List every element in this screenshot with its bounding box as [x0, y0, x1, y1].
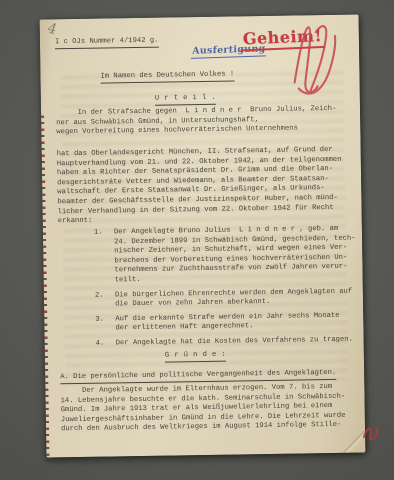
heading-urteil: U r t e i l .: [155, 94, 216, 106]
section-a-heading-text: A. Die persönliche und politische Vergan…: [60, 369, 336, 384]
verdict-item-text: Der Angeklagte hat die Kosten des Verfah…: [116, 336, 358, 349]
case-intro: In der Strafsache gegen L i n d n e r Br…: [56, 105, 352, 138]
verdict-item-number: 4.: [96, 339, 116, 349]
verdict-item: 3. Auf die erkannte Strafe werden ein Ja…: [95, 311, 357, 334]
verdict-item-text: Die bürgerlichen Ehrenrechte werden dem …: [115, 287, 357, 310]
section-a-paragraph: Der Angeklagte wurde im Elternhaus erzog…: [60, 383, 357, 436]
red-crayon-mark: [360, 422, 384, 446]
red-signature-flourish: [286, 16, 349, 99]
verdict-item: 2. Die bürgerlichen Ehrenrechte werden d…: [95, 287, 357, 310]
verdict-item-number: 2.: [95, 291, 115, 310]
document-page: 4 I c OJs Nummer 4/1942 g. Ausfertigung …: [40, 15, 366, 458]
verdict-list: 1. Der Angeklagte Bruno Julius L i n d n…: [94, 225, 358, 355]
section-a-heading: A. Die persönliche und politische Vergan…: [60, 369, 336, 384]
verdict-item: 4. Der Angeklagte hat die Kosten des Ver…: [96, 336, 358, 350]
photo-background: 4 I c OJs Nummer 4/1942 g. Ausfertigung …: [0, 0, 394, 480]
binding-stitch-left: [41, 115, 50, 467]
file-reference-number: I c OJs Nummer 4/1942 g.: [55, 37, 159, 50]
handwritten-page-number: 4: [47, 21, 58, 38]
document-title: Im Namen des Deutschen Volkes !: [100, 70, 234, 83]
verdict-item: 1. Der Angeklagte Bruno Julius L i n d n…: [94, 225, 357, 287]
verdict-item-number: 3.: [95, 315, 115, 334]
verdict-item-number: 1.: [94, 228, 115, 286]
verdict-item-text: Auf die erkannte Strafe werden ein Jahr …: [115, 311, 357, 334]
verdict-item-text: Der Angeklagte Bruno Julius L i n d n e …: [114, 225, 357, 286]
heading-gruende: G r ü n d e :: [165, 351, 226, 363]
court-paragraph: hat das Oberlandesgericht München, II. S…: [57, 146, 354, 227]
